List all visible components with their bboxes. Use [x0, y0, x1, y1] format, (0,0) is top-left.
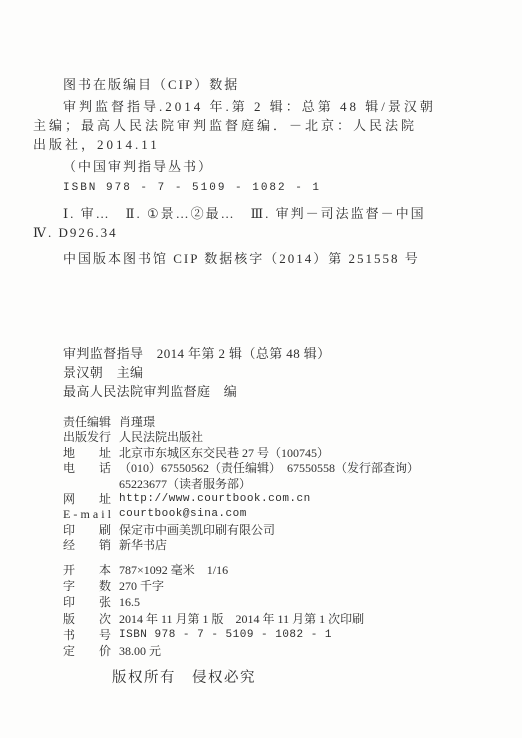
format-row: 版次 2014 年 11 月第 1 版 2014 年 11 月第 1 次印刷 [63, 611, 364, 627]
format-row-label: 书号 [63, 627, 111, 643]
cip-description-line: 主编；最高人民法院审判监督庭编．－北京：人民法院 [33, 116, 512, 135]
publication-row-value: 人民法院出版社 [111, 430, 203, 445]
format-row: 印张 16.5 [63, 594, 364, 610]
cip-classification-line: Ⅰ. 审… Ⅱ. ①景…②最… Ⅲ. 审判－司法监督－中国 [33, 204, 512, 223]
publication-info-block: 责任编辑 肖瑾璟 出版发行 人民法院出版社 地址 北京市东城区东交民巷 27 号… [63, 415, 419, 554]
publication-row-label: E-mail [63, 507, 111, 522]
publication-row-label: 地址 [63, 446, 111, 461]
edition-block: 审判监督指导 2014 年第 2 辑（总第 48 辑） 景汉朝 主编 最高人民法… [63, 344, 331, 401]
edition-compiler: 最高人民法院审判监督庭 编 [63, 382, 331, 401]
format-row: 开本 787×1092 毫米 1/16 [63, 562, 364, 578]
publication-row: 出版发行 人民法院出版社 [63, 430, 419, 445]
format-row-value: 16.5 [111, 594, 140, 610]
cip-classification: Ⅰ. 审… Ⅱ. ①景…②最… Ⅲ. 审判－司法监督－中国 Ⅳ. D926.34 [33, 204, 512, 242]
publication-row-label: 电话 [63, 461, 111, 476]
format-row-label: 开本 [63, 562, 111, 578]
publication-row: 责任编辑 肖瑾璟 [63, 415, 419, 430]
edition-chief-editor: 景汉朝 主编 [63, 363, 331, 382]
format-row: 字数 270 千字 [63, 578, 364, 594]
format-row: 书号 ISBN 978 - 7 - 5109 - 1082 - 1 [63, 627, 364, 643]
publication-row: 网址 http://www.courtbook.com.cn [63, 492, 419, 507]
format-row-value: 787×1092 毫米 1/16 [111, 562, 228, 578]
publication-row-label: 印刷 [63, 523, 111, 538]
publication-row-value: 65223677（读者服务部） [111, 477, 251, 492]
publication-row-label: 出版发行 [63, 430, 111, 445]
publication-row: 地址 北京市东城区东交民巷 27 号（100745） [63, 446, 419, 461]
publication-row: 65223677（读者服务部） [63, 477, 419, 492]
format-row-value: ISBN 978 - 7 - 5109 - 1082 - 1 [111, 627, 332, 643]
format-row-value: 38.00 元 [111, 643, 161, 659]
cip-data-block: 图书在版编目（CIP）数据 审判监督指导.2014 年.第 2 辑：总第 48 … [33, 75, 512, 268]
cip-registry-number: 中国版本图书馆 CIP 数据核字（2014）第 251558 号 [33, 249, 512, 268]
publication-row-value: 保定市中画美凯印刷有限公司 [111, 523, 275, 538]
cip-description-line: 出版社，2014.11 [33, 135, 512, 154]
format-row: 定价 38.00 元 [63, 643, 364, 659]
publication-row-label: 经销 [63, 538, 111, 553]
format-row-label: 版次 [63, 611, 111, 627]
cip-description: 审判监督指导.2014 年.第 2 辑：总第 48 辑/景汉朝 主编；最高人民法… [33, 97, 512, 154]
publication-row: 印刷 保定市中画美凯印刷有限公司 [63, 523, 419, 538]
cip-classification-line: Ⅳ. D926.34 [33, 223, 512, 242]
publication-row-label: 网址 [63, 492, 111, 507]
publication-row: 电话 （010）67550562（责任编辑） 67550558（发行部查询） [63, 461, 419, 476]
cip-series-note: （中国审判指导丛书） [33, 157, 512, 176]
publication-row-value: 肖瑾璟 [111, 415, 155, 430]
format-specs-block: 开本 787×1092 毫米 1/16 字数 270 千字 印张 16.5 版次… [63, 562, 364, 659]
publication-row-value: （010）67550562（责任编辑） 67550558（发行部查询） [111, 461, 419, 476]
publication-row: E-mail courtbook@sina.com [63, 507, 419, 522]
format-row-label: 印张 [63, 594, 111, 610]
book-copyright-page: 图书在版编目（CIP）数据 审判监督指导.2014 年.第 2 辑：总第 48 … [0, 0, 522, 738]
publication-row-value: 北京市东城区东交民巷 27 号（100745） [111, 446, 329, 461]
publication-row-value: courtbook@sina.com [111, 507, 247, 522]
cip-heading: 图书在版编目（CIP）数据 [33, 75, 512, 94]
publication-row-label [63, 477, 111, 492]
publication-row-value: 新华书店 [111, 538, 167, 553]
cip-description-line: 审判监督指导.2014 年.第 2 辑：总第 48 辑/景汉朝 [33, 97, 512, 116]
publication-row-value: http://www.courtbook.com.cn [111, 492, 311, 507]
publication-row-label: 责任编辑 [63, 415, 111, 430]
publication-row: 经销 新华书店 [63, 538, 419, 553]
cip-isbn: ISBN 978 - 7 - 5109 - 1082 - 1 [33, 179, 512, 198]
format-row-value: 2014 年 11 月第 1 版 2014 年 11 月第 1 次印刷 [111, 611, 364, 627]
format-row-value: 270 千字 [111, 578, 164, 594]
format-row-label: 定价 [63, 643, 111, 659]
copyright-notice: 版权所有 侵权必究 [112, 666, 256, 687]
format-row-label: 字数 [63, 578, 111, 594]
edition-title: 审判监督指导 2014 年第 2 辑（总第 48 辑） [63, 344, 331, 363]
